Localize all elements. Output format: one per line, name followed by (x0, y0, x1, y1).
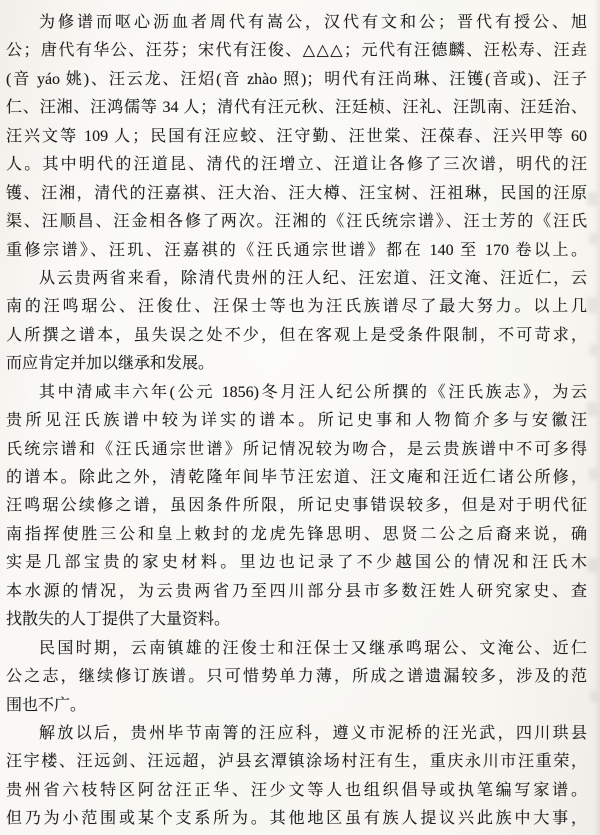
text-line: 实是几部宝贵的家史材料。里边也记录了不少越国公的情况和汪氏木 (6, 549, 587, 577)
text-line: 其中清咸丰六年(公元 1856)冬月汪人纪公所撰的《汪氏族志》，为云 (6, 379, 587, 407)
text-line: 人所撰之谱本，虽失误之处不少，但在客观上是受条件限制，不可苛求， (6, 322, 587, 350)
text-line: 但乃为小范围或某个支系所为。其他地区虽有族人提议兴此族中大事， (6, 805, 587, 833)
text-line: 公之志，继续修订族谱。只可惜势单力薄，所成之谱遗漏较多，涉及的范 (6, 663, 587, 691)
ink-bleed-mark (587, 297, 597, 313)
ink-bleed-mark (590, 690, 597, 702)
text-line: 人。其中明代的汪道昆、清代的汪增立、汪道让各修了三次谱，明代的汪 (6, 151, 587, 179)
ink-bleed-mark (587, 402, 597, 416)
text-line: 贵所见汪氏族谱中较为详实的谱本。所记史事和人物简介多与安徽汪 (6, 407, 587, 435)
text-line: 为修谱而呕心沥血者周代有嵩公，汉代有文和公；晋代有授公、旭 (6, 9, 587, 37)
text-line: 重修宗谱》、汪玑、汪嘉祺的《汪氏通宗世谱》都在 140 至 170 卷以上。 (6, 237, 587, 265)
text-line: 仁、汪湘、汪鸿儒等 34 人；清代有汪元秋、汪廷桢、汪礼、汪凯南、汪廷治、 (6, 94, 587, 122)
page: 为修谱而呕心沥血者周代有嵩公，汉代有文和公；晋代有授公、旭 公；唐代有华公、汪芬… (0, 0, 600, 835)
text-line: 的谱本。除此之外，清乾隆年间毕节汪宏道、汪文庵和汪近仁诸公所修， (6, 464, 587, 492)
ink-bleed-mark (587, 558, 597, 573)
text-line: 找散失的人丁提供了大量资料。 (6, 606, 587, 634)
text-line: 解放以后，贵州毕节南箐的汪应科，遵义市泥桥的汪光武，四川珙县 (6, 720, 587, 748)
text-block: 为修谱而呕心沥血者周代有嵩公，汉代有文和公；晋代有授公、旭 公；唐代有华公、汪芬… (6, 9, 587, 834)
text-line: 本水源的情况，为云贵两省乃至四川部分县市多数汪姓人研究家史、查 (6, 578, 587, 606)
text-line: 围也不广。 (6, 692, 587, 720)
text-line: 汪宇楼、汪远剑、汪远超，泸县玄潭镇涂场村汪有生，重庆永川市汪重荣， (6, 748, 587, 776)
text-line: 南的汪鸣琚公、汪俊仕、汪保士等也为汪氏族谱尽了最大努力。以上几 (6, 293, 587, 321)
text-line: 镬、汪湘，清代的汪嘉祺、汪大治、汪大樽、汪宝树、汪祖琳，民国的汪原 (6, 180, 587, 208)
ink-bleed-mark (590, 344, 597, 356)
ink-bleed-mark (589, 233, 597, 245)
text-line: 汪鸣琚公续修之谱，虽因条件所限，所记史事错误较多，但是对于明代征 (6, 492, 587, 520)
text-line: 氏统宗谱和《汪氏通宗世谱》所记情况较为吻合，是云贵族谱中不可多得 (6, 436, 587, 464)
text-line: 民国时期，云南镇雄的汪俊士和汪保士又继承鸣琚公、文淹公、近仁 (6, 635, 587, 663)
text-line: 渠、汪顺昌、汪金相各修了两次。汪湘的《汪氏统宗谱》、汪士芳的《汪氏 (6, 208, 587, 236)
ink-bleed-mark (589, 468, 597, 480)
text-line: 南指挥使胜三公和皇上敕封的龙虎先锋思明、思贤二公之后裔来说，确 (6, 521, 587, 549)
ink-bleed-mark (587, 192, 597, 206)
text-line: 公；唐代有华公、汪芬；宋代有汪俊、△△△；元代有汪德麟、汪松寿、汪垚 (6, 37, 587, 65)
text-line: 从云贵两省来看，除清代贵州的汪人纪、汪宏道、汪文淹、汪近仁，云 (6, 265, 587, 293)
text-line: 贵州省六枝特区阿岔汪正华、汪少文等人也组织倡导或执笔编写家谱。 (6, 777, 587, 805)
scanned-book-page: { "page": { "paper_color": "#f8f7f2", "i… (0, 0, 600, 835)
text-line: 汪兴文等 109 人；民国有汪应蛟、汪守勤、汪世棠、汪葆春、汪兴甲等 60 (6, 123, 587, 151)
page-edge-shadow (594, 0, 600, 835)
text-line: 而应肯定并加以继承和发展。 (6, 350, 587, 378)
text-line: (音 yáo 姚)、汪云龙、汪炤(音 zhào 照)；明代有汪尚琳、汪镬(音或)… (6, 66, 587, 94)
